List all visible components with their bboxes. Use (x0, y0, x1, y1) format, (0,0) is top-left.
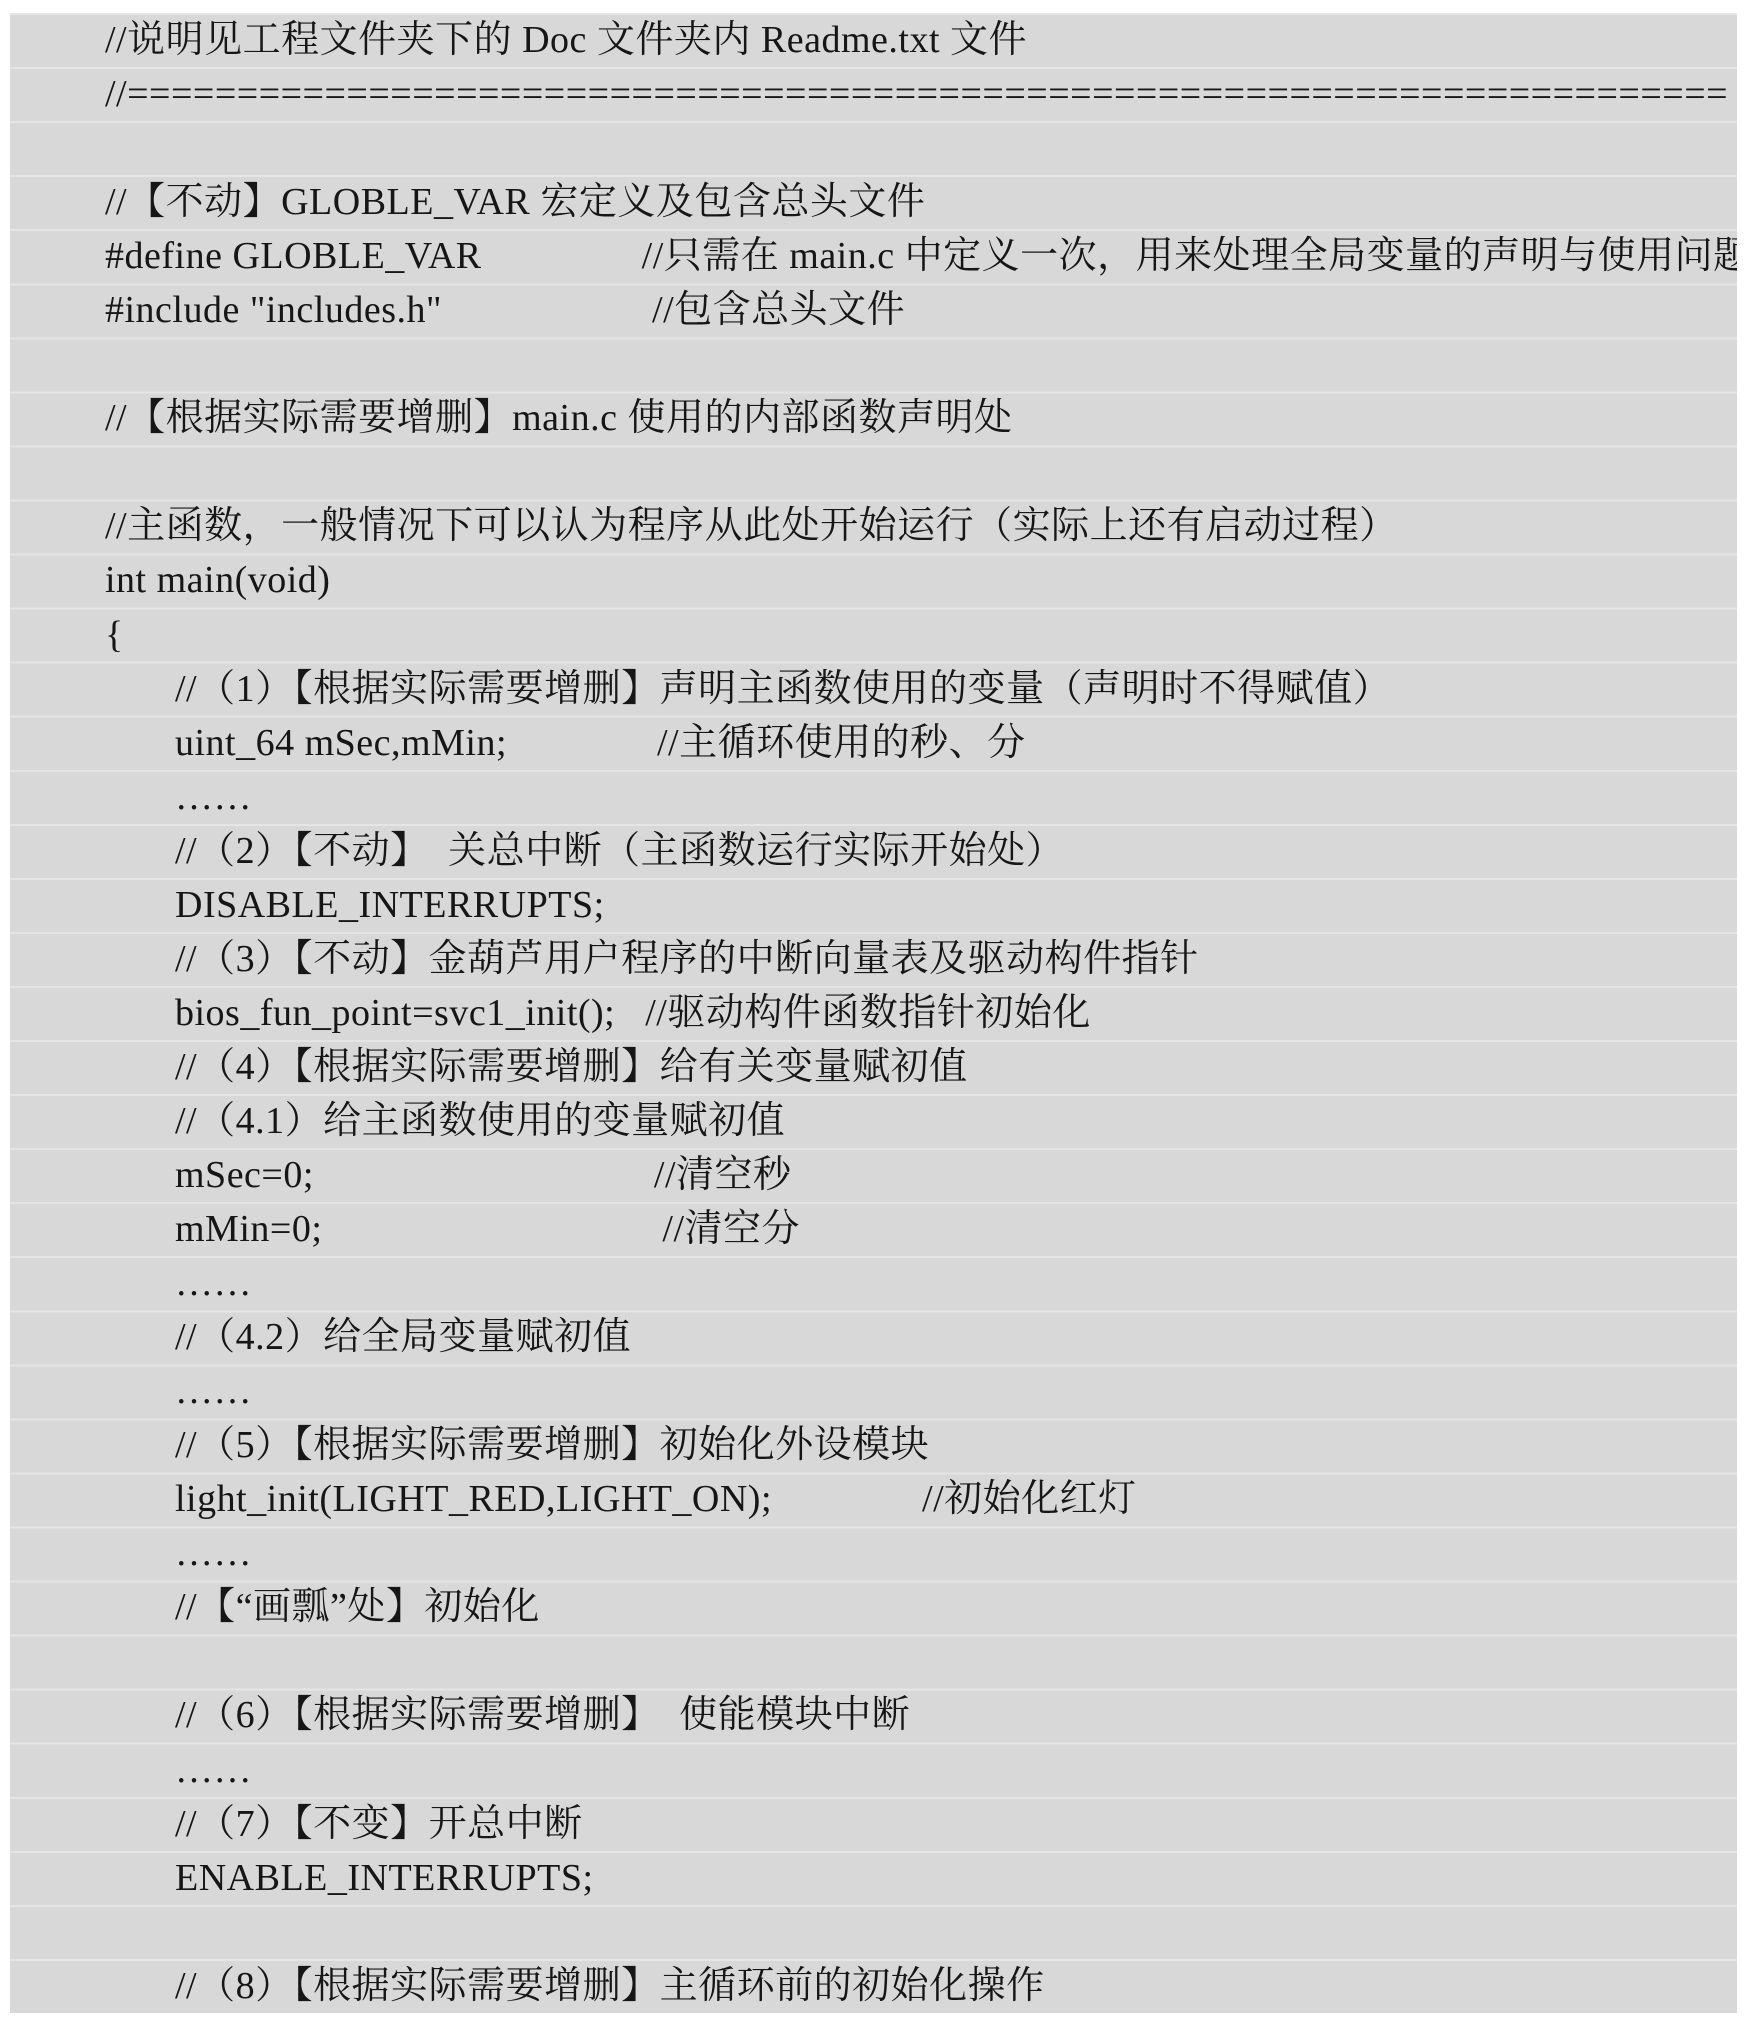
code-line: …… (10, 770, 1737, 824)
code-line: //（7）【不变】开总中断 (10, 1797, 1737, 1851)
code-line: #include "includes.h" //包含总头文件 (10, 283, 1737, 337)
code-line: //（4）【根据实际需要增删】给有关变量赋初值 (10, 1040, 1737, 1094)
code-line: mMin=0; //清空分 (10, 1202, 1737, 1256)
code-line (10, 445, 1737, 499)
code-line: bios_fun_point=svc1_init(); //驱动构件函数指针初始… (10, 986, 1737, 1040)
code-line: //【“画瓢”处】初始化 (10, 1580, 1737, 1634)
code-line: //主函数，一般情况下可以认为程序从此处开始运行（实际上还有启动过程） (10, 499, 1737, 553)
code-line (10, 121, 1737, 175)
code-line: ENABLE_INTERRUPTS; (10, 1851, 1737, 1905)
code-line: DISABLE_INTERRUPTS; (10, 878, 1737, 932)
code-line: //（5）【根据实际需要增删】初始化外设模块 (10, 1418, 1737, 1472)
code-line: #define GLOBLE_VAR //只需在 main.c 中定义一次，用来… (10, 229, 1737, 283)
document-page: //说明见工程文件夹下的 Doc 文件夹内 Readme.txt 文件//===… (10, 13, 1737, 2013)
code-line: //（4.1）给主函数使用的变量赋初值 (10, 1094, 1737, 1148)
code-line: //（8）【根据实际需要增删】主循环前的初始化操作 (10, 1959, 1737, 2013)
code-line: light_init(LIGHT_RED,LIGHT_ON); //初始化红灯 (10, 1472, 1737, 1526)
code-line: //（6）【根据实际需要增删】 使能模块中断 (10, 1688, 1737, 1742)
code-line: …… (10, 1256, 1737, 1310)
code-line: …… (10, 1364, 1737, 1418)
code-line: //【根据实际需要增删】main.c 使用的内部函数声明处 (10, 391, 1737, 445)
code-line: //======================================… (10, 67, 1737, 121)
code-line: //（3）【不动】金葫芦用户程序的中断向量表及驱动构件指针 (10, 932, 1737, 986)
code-line: uint_64 mSec,mMin; //主循环使用的秒、分 (10, 716, 1737, 770)
code-line: int main(void) (10, 553, 1737, 607)
code-line (10, 1905, 1737, 1959)
code-line: …… (10, 1743, 1737, 1797)
code-line: //（2）【不动】 关总中断（主函数运行实际开始处） (10, 824, 1737, 878)
code-line (10, 337, 1737, 391)
code-line: //（1）【根据实际需要增删】声明主函数使用的变量（声明时不得赋值） (10, 662, 1737, 716)
code-line: …… (10, 1526, 1737, 1580)
code-line: //【不动】GLOBLE_VAR 宏定义及包含总头文件 (10, 175, 1737, 229)
code-line: { (10, 608, 1737, 662)
code-line (10, 1634, 1737, 1688)
code-line: //说明见工程文件夹下的 Doc 文件夹内 Readme.txt 文件 (10, 13, 1737, 67)
code-line: mSec=0; //清空秒 (10, 1148, 1737, 1202)
code-line: //（4.2）给全局变量赋初值 (10, 1310, 1737, 1364)
